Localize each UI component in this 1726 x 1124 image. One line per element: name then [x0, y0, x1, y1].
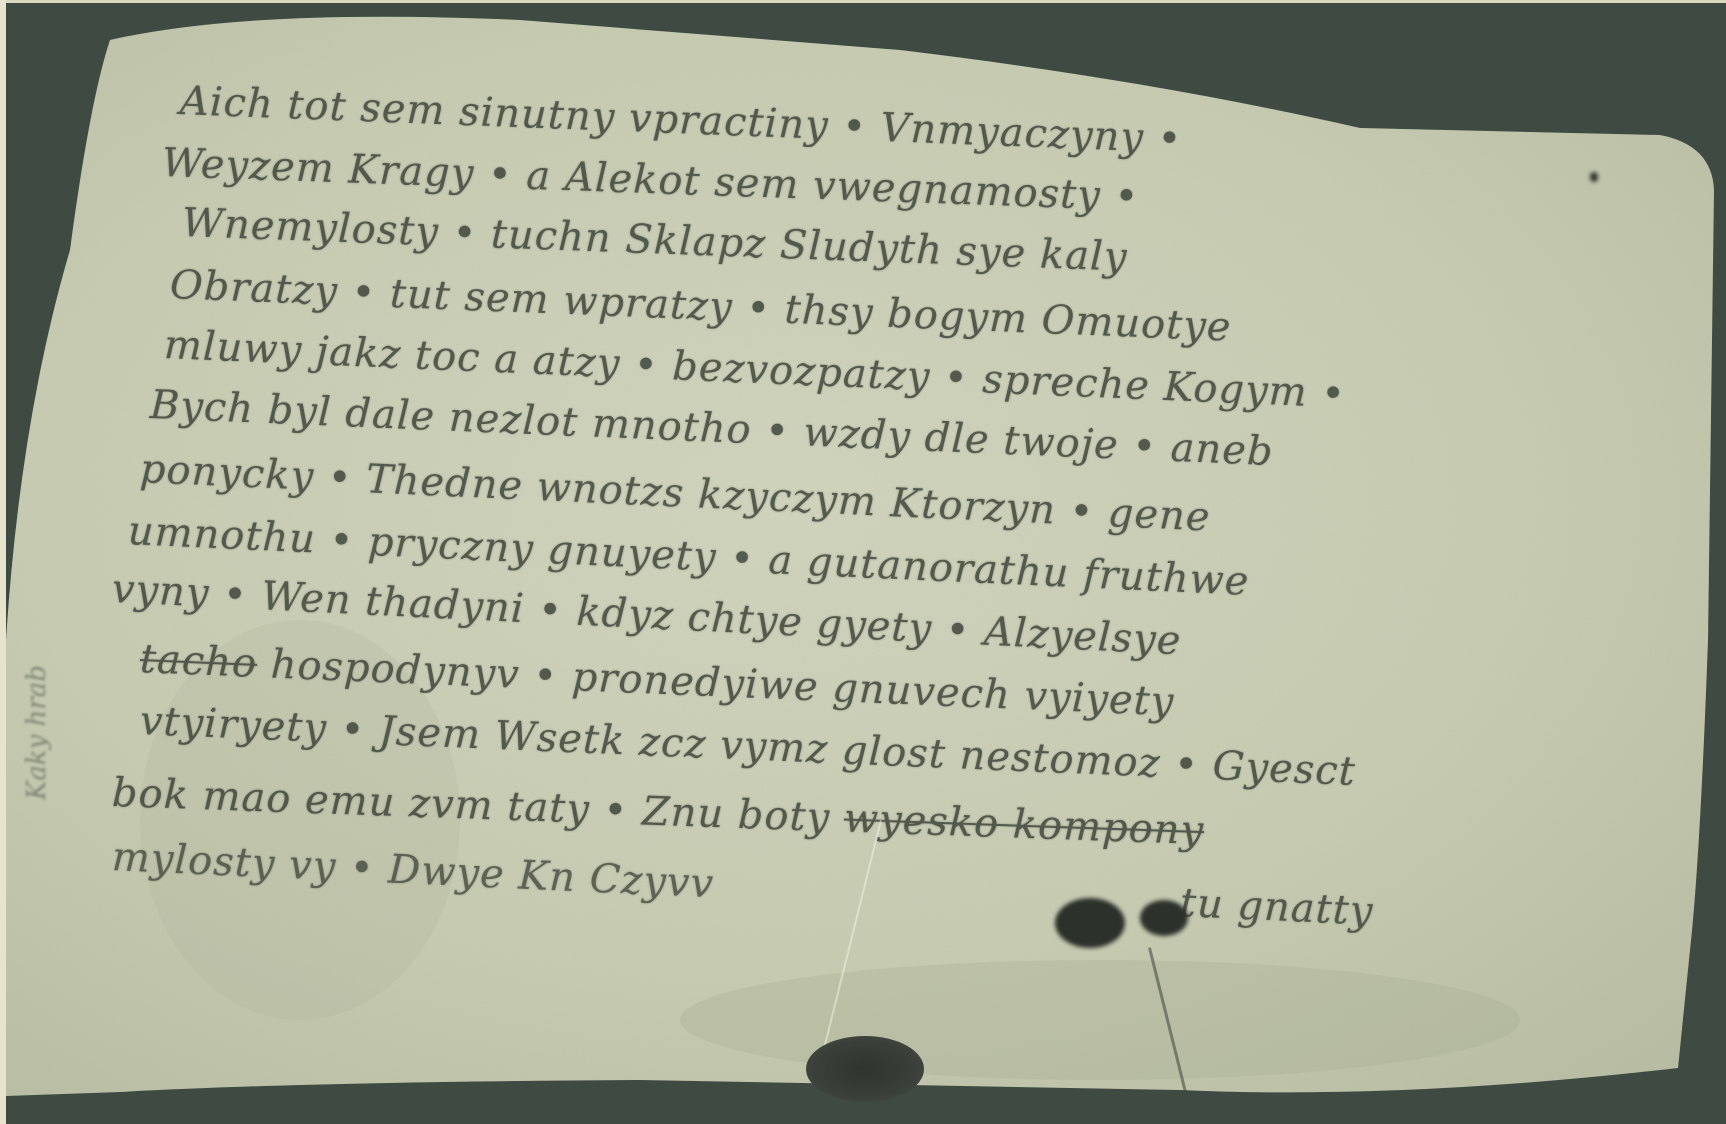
- handwritten-text: Aich tot sem sinutny vpractiny • Vnmyacz…: [0, 0, 1726, 1124]
- manuscript-line-13: mylosty vy • Dwye Kn Czyvv: [111, 834, 715, 907]
- manuscript-photograph: Aich tot sem sinutny vpractiny • Vnmyacz…: [0, 0, 1726, 1124]
- struck-word: tacho: [139, 636, 258, 687]
- ink-speck: [1590, 172, 1598, 182]
- wax-seal: [806, 1036, 924, 1102]
- margin-annotation: Kaky hrab: [22, 665, 52, 800]
- struck-phrase: wyesko kompony: [843, 796, 1205, 855]
- ink-blot: [1055, 898, 1125, 948]
- manuscript-line-12-text: bok mao emu zvm taty • Znu boty: [111, 770, 831, 841]
- ink-blot: [1140, 900, 1188, 936]
- manuscript-line-14: tu gnatty: [1179, 880, 1374, 935]
